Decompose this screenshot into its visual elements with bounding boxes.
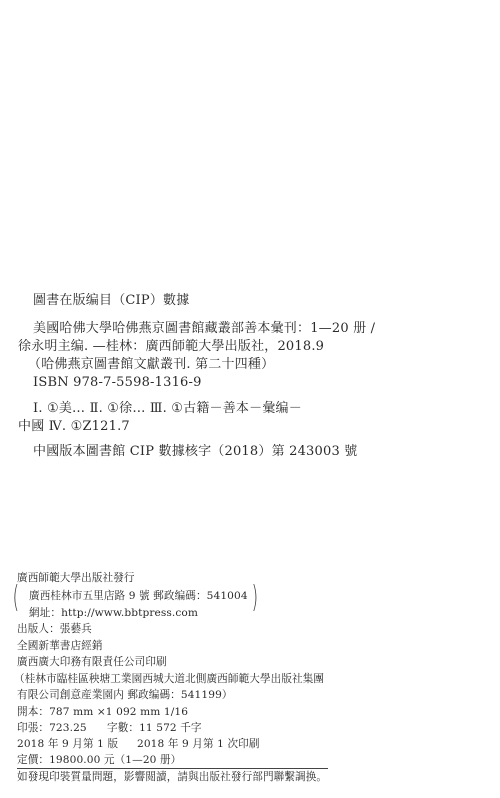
printed-sheets: 印張：723.25: [17, 723, 87, 734]
printer-address-line-2: 有限公司創意産業園内 郵政编碼：541199）: [17, 690, 233, 701]
cip-heading: 圖書在版编目（CIP）數據: [33, 294, 189, 307]
cip-classification-1: Ⅰ. ①美… Ⅱ. ①徐… Ⅲ. ①古籍－善本－彙编－: [33, 402, 302, 415]
printer-address-line-1: （桂林市臨桂區秧塘工業園西城大道北側廣西師範大學出版社集團: [14, 674, 324, 685]
right-brace-icon: ): [252, 583, 258, 613]
cip-editor-line: 徐永明主编. —桂林：廣西師範大學出版社，2018.9: [18, 340, 324, 353]
retail-distribution: 全國新華書店經銷: [17, 641, 103, 652]
publisher-website: 網址：http://www.bbtpress.com: [29, 608, 198, 619]
cip-classification-2: 中國 Ⅳ. ①Z121.7: [18, 420, 130, 433]
left-brace-icon: (: [13, 583, 19, 613]
publisher-address: 廣西桂林市五里店路 9 號 郵政编碼：541004: [29, 591, 248, 602]
cip-series-line: （哈佛燕京圖書館文獻叢刊. 第二十四種）: [28, 358, 274, 371]
cip-verification-number: 中國版本圖書館 CIP 數據核字（2018）第 243003 號: [33, 445, 357, 458]
printer-name: 廣西廣大印務有限責任公司印刷: [17, 657, 167, 668]
edition-date: 2018 年 9 月第 1 版: [17, 739, 118, 750]
quality-notice: 如發現印裝質量問題，影響閲讀，請與出版社發行部門聯繫調换。: [17, 772, 327, 783]
cip-isbn: ISBN 978-7-5598-1316-9: [33, 376, 202, 389]
price: 定價：19800.00 元（1—20 册）: [17, 755, 181, 766]
printing-date: 2018 年 9 月第 1 次印刷: [137, 739, 260, 750]
book-format: 開本：787 mm ×1 092 mm 1/16: [17, 707, 188, 718]
word-count: 字數：11 572 千字: [107, 723, 202, 734]
distributor: 廣西師範大學出版社發行: [17, 573, 135, 584]
cip-title-line: 美國哈佛大學哈佛燕京圖書館藏叢部善本彙刊：1—20 册 /: [33, 322, 375, 335]
separator-rule: [17, 768, 328, 769]
publisher-person: 出版人：張藝兵: [17, 624, 92, 635]
